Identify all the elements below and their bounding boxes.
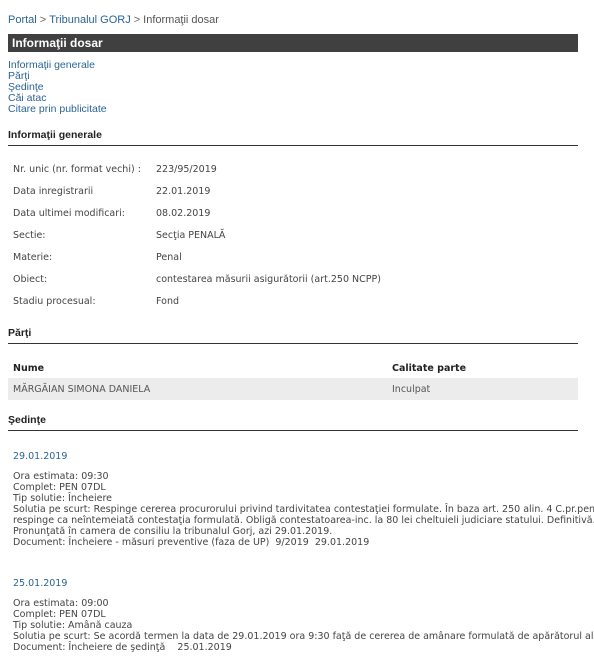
sedinta-line: Solutia pe scurt: Se acordă termen la da…: [13, 631, 583, 642]
column-header-calitate: Calitate parte: [392, 363, 466, 374]
info-value: 223/95/2019: [156, 164, 217, 175]
party-role: Inculpat: [392, 384, 430, 395]
sedinta-details: Ora estimata: 09:30Complet: PEN 07DLTip …: [13, 471, 583, 548]
breadcrumb: Portal>Tribunalul GORJ>Informaţii dosar: [8, 14, 219, 26]
sedinta-line: Complet: PEN 07DL: [13, 609, 583, 620]
info-value: 08.02.2019: [156, 208, 210, 219]
info-label: Data inregistrarii: [13, 186, 93, 197]
nav-link-citare[interactable]: Citare prin publicitate: [8, 104, 107, 115]
section-nav: Informaţii generale Părţi Şedinţe Căi at…: [8, 60, 107, 115]
party-name: MĂRGĂIAN SIMONA DANIELA: [13, 384, 150, 395]
breadcrumb-separator: >: [134, 14, 140, 26]
sedinta-line: Solutia pe scurt: Respinge cererea procu…: [13, 504, 583, 515]
table-row: MĂRGĂIAN SIMONA DANIELA Inculpat: [8, 378, 578, 400]
info-label: Sectie:: [13, 230, 46, 241]
info-label: Materie:: [13, 252, 52, 263]
breadcrumb-portal[interactable]: Portal: [8, 14, 37, 26]
sedinta-line: Document: Încheiere de şedinţă 25.01.201…: [13, 642, 583, 653]
sedinta-line: Tip solutie: Amână cauza: [13, 620, 583, 631]
sedinta-line: Tip solutie: Încheiere: [13, 493, 583, 504]
info-label: Obiect:: [13, 274, 47, 285]
info-value: Fond: [156, 296, 179, 307]
info-label: Nr. unic (nr. format vechi) :: [13, 164, 141, 175]
sedinta-line: Complet: PEN 07DL: [13, 482, 583, 493]
info-label: Stadiu procesual:: [13, 296, 96, 307]
info-value: Penal: [156, 252, 182, 263]
section-heading-sedinte: Şedinţe: [8, 414, 578, 431]
sedinta-line: Document: Încheiere - măsuri preventive …: [13, 537, 583, 548]
sedinta-line: respinge ca neîntemeiată contestaţia for…: [13, 515, 583, 526]
info-value: contestarea măsurii asigurătorii (art.25…: [156, 274, 381, 285]
sedinta-line: Ora estimata: 09:00: [13, 598, 583, 609]
info-value: 22.01.2019: [156, 186, 210, 197]
breadcrumb-separator: >: [40, 14, 46, 26]
sedinta-line: Ora estimata: 09:30: [13, 471, 583, 482]
sedinta-date: 25.01.2019: [13, 578, 67, 589]
section-heading-parti: Părţi: [8, 327, 578, 344]
sedinta-date: 29.01.2019: [13, 451, 67, 462]
sedinta-line: Pronunţată în camera de consiliu la trib…: [13, 526, 583, 537]
breadcrumb-tribunal[interactable]: Tribunalul GORJ: [49, 14, 131, 26]
breadcrumb-current: Informaţii dosar: [143, 14, 219, 26]
column-header-nume: Nume: [13, 363, 44, 374]
page-title: Informaţii dosar: [8, 34, 578, 52]
info-value: Secţia PENALĂ: [156, 230, 225, 241]
section-heading-general: Informaţii generale: [8, 129, 578, 146]
info-label: Data ultimei modificari:: [13, 208, 125, 219]
sedinta-details: Ora estimata: 09:00Complet: PEN 07DLTip …: [13, 598, 583, 653]
